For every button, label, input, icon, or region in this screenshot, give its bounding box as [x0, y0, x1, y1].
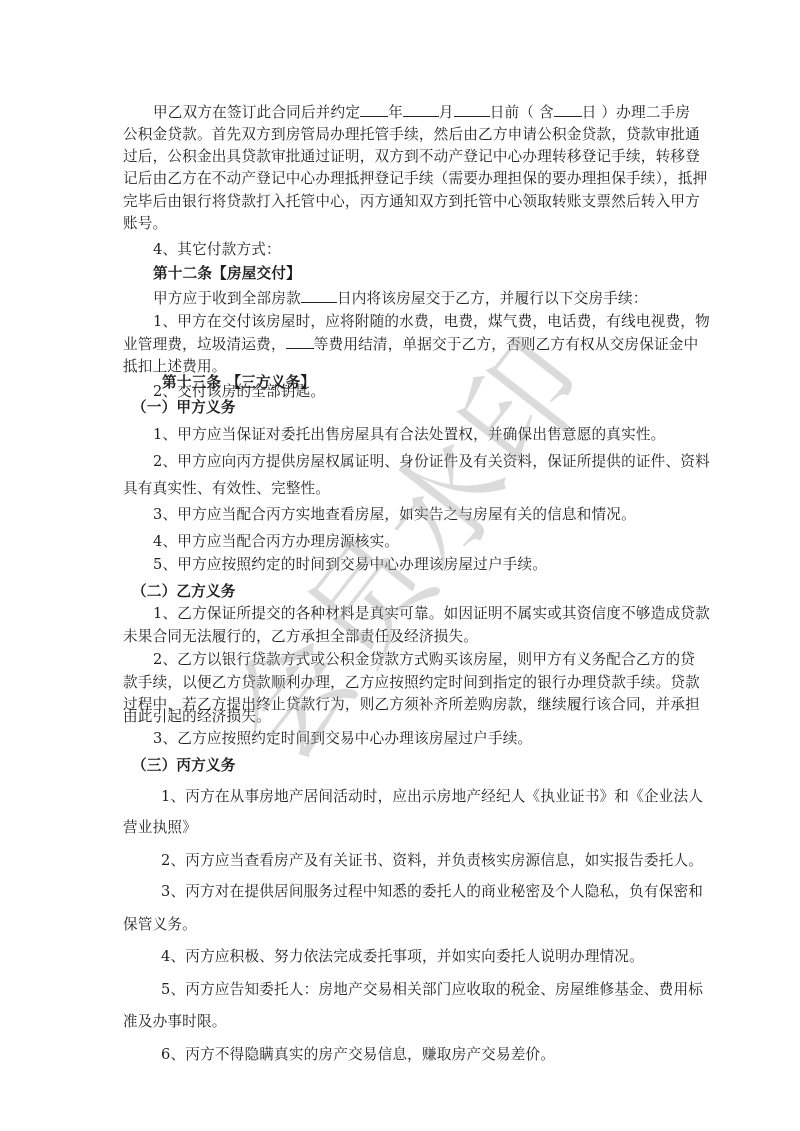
paragraph-line: 甲乙双方在签订此合同后并约定年月日前（ 含日 ）办理二手房 [123, 103, 709, 122]
paragraph-line: 6、丙方不得隐瞒真实的房产交易信息，赚取房产交易差价。 [123, 1046, 717, 1064]
blank-fees [286, 335, 314, 349]
paragraph-line: 3、甲方应当配合丙方实地查看房屋，如实告之与房屋有关的信息和情况。 [123, 506, 709, 524]
blank-year [360, 103, 388, 117]
paragraph-line: 完毕后由银行将贷款打入托管中心，丙方通知双方到托管中心领取转账支票然后转入甲方 [123, 193, 679, 211]
text-segment: 日前（ 含 [490, 104, 554, 121]
text-segment: 日内将该房屋交于乙方，并履行以下交房手续： [337, 290, 648, 307]
paragraph-line: 公积金贷款。首先双方到房管局办理托管手续，然后由乙方申请公积金贷款，贷款审批通 [123, 126, 679, 144]
paragraph-line: 1、丙方在从事房地产居间活动时，应出示房地产经纪人《执业证书》和《企业法人 [123, 788, 717, 806]
text-segment: 业管理费，垃圾清运费， [123, 336, 286, 353]
paragraph-line: 1、甲方在交付该房屋时，应将附随的水费，电费，煤气费，电话费，有线电视费，物 [123, 313, 709, 331]
paragraph-line: 营业执照》 [123, 819, 679, 837]
article-12-heading: 第十二条【房屋交付】 [123, 265, 709, 283]
paragraph-line: 未果合同无法履行的，乙方承担全部责任及经济损失。 [123, 628, 679, 646]
paragraph-line: 准及办事时限。 [123, 1013, 679, 1031]
party-c-duties-heading: （三）丙方义务 [132, 757, 688, 775]
paragraph-line: 2、丙方应当查看房产及有关证书、资料，并负责核实房源信息，如实报告委托人。 [123, 852, 717, 870]
blank-day [454, 103, 490, 117]
paragraph-line: 2、乙方以银行贷款方式或公积金贷款方式购买该房屋，则甲方有义务配合乙方的贷 [123, 651, 709, 669]
paragraph-line: 业管理费，垃圾清运费，等费用结清，单据交于乙方，否则乙方有权从交房保证金中 [123, 335, 679, 354]
paragraph-line: 1、乙方保证所提交的各种材料是真实可靠。如因证明不属实或其资信度不够造成贷款 [123, 605, 709, 623]
text-segment: 甲乙双方在签订此合同后并约定 [153, 104, 360, 121]
payment-item-4: 4、其它付款方式： [123, 241, 709, 259]
paragraph-line: 甲方应于收到全部房款日内将该房屋交于乙方，并履行以下交房手续： [123, 289, 709, 308]
paragraph-line: 5、丙方应告知委托人：房地产交易相关部门应收取的税金、房屋维修基金、费用标 [123, 981, 717, 999]
text-segment: 日 ）办理二手房 [582, 104, 690, 121]
paragraph-line: 保管义务。 [123, 916, 679, 934]
party-b-duties-heading: （二）乙方义务 [132, 583, 688, 601]
paragraph-line: 由此引起的经济损失。 [123, 708, 679, 726]
paragraph-line: 款手续，以便乙方贷款顺利办理，乙方应按照约定时间到指定的银行办理贷款手续。贷款 [123, 674, 679, 692]
paragraph-line: 1、甲方应当保证对委托出售房屋具有合法处置权，并确保出售意愿的真实性。 [123, 426, 709, 444]
paragraph-line: 4、甲方应当配合丙方办理房源核实。 [123, 533, 709, 551]
text-segment: 年 [388, 104, 403, 121]
blank-month [403, 103, 439, 117]
text-segment: 月 [439, 104, 454, 121]
paragraph-line: 5、甲方应按照约定的时间到交易中心办理该房屋过户手续。 [123, 556, 709, 574]
paragraph-line: 账号。 [123, 215, 679, 233]
paragraph-line: 过后，公积金出具贷款审批通过证明，双方到不动产登记中心办理转移登记手续，转移登 [123, 148, 679, 166]
text-segment: 甲方应于收到全部房款 [153, 290, 301, 307]
paragraph-line: 记后由乙方在不动产登记中心办理抵押登记手续（需要办理担保的要办理担保手续），抵押 [123, 170, 679, 188]
paragraph-line: 4、丙方应积极、努力依法完成委托事项，并如实向委托人说明办理情况。 [123, 948, 717, 966]
text-segment: 等费用结清，单据交于乙方，否则乙方有权从交房保证金中 [314, 336, 699, 353]
blank-day-inclusive [554, 103, 582, 117]
article-13-title: 第十三条 【三方义务】 [162, 374, 718, 392]
paragraph-line: 3、丙方对在提供居间服务过程中知悉的委托人的商业秘密及个人隐私，负有保密和 [123, 883, 717, 901]
party-a-duties-heading: （一）甲方义务 [132, 399, 688, 417]
paragraph-line: 具有真实性、有效性、完整性。 [123, 480, 679, 498]
paragraph-line: 3、乙方应按照约定时间到交易中心办理该房屋过户手续。 [123, 730, 709, 748]
paragraph-line: 2、甲方应向丙方提供房屋权属证明、身份证件及有关资料，保证所提供的证件、资料 [123, 453, 709, 471]
document-page: 甲乙双方在签订此合同后并约定年月日前（ 含日 ）办理二手房 公积金贷款。首先双方… [0, 0, 800, 1131]
blank-days [301, 289, 337, 303]
